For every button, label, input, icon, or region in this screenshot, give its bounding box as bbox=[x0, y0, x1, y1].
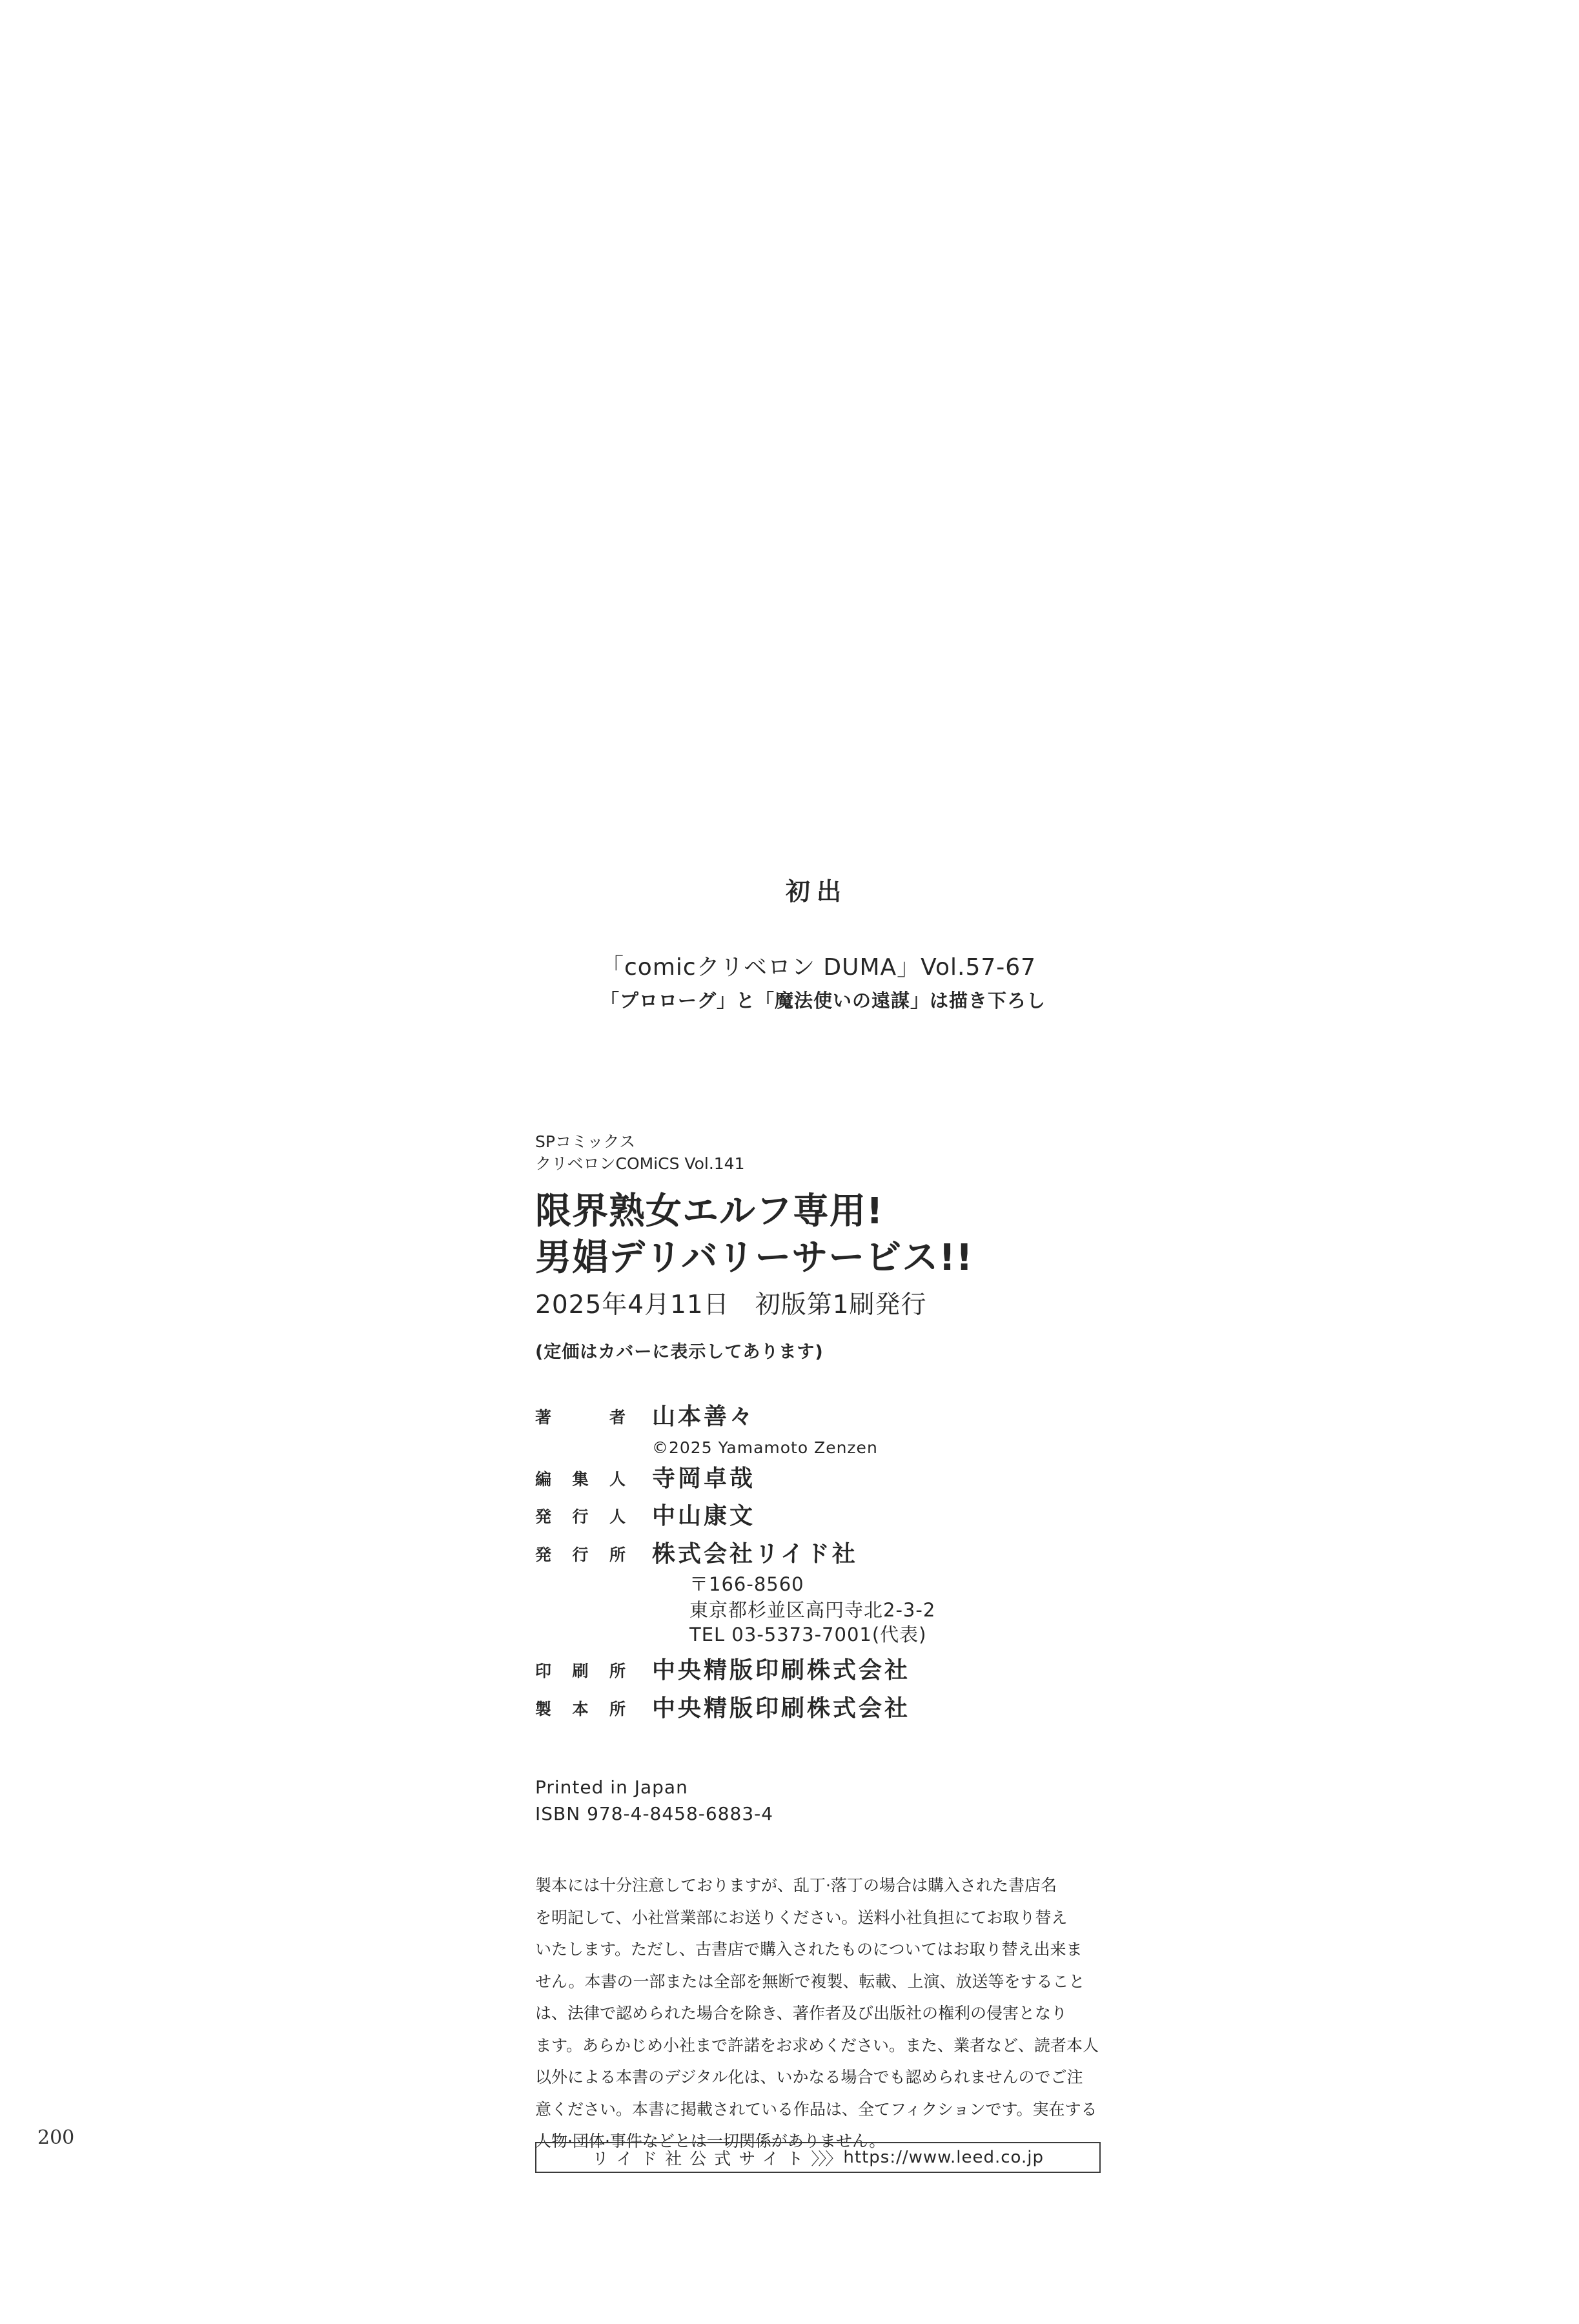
label-char: 人 bbox=[609, 1504, 626, 1527]
credit-label-binder: 製 本 所 bbox=[535, 1697, 626, 1720]
label-char: 印 bbox=[535, 1658, 551, 1682]
credit-label-publisher-person: 発 行 人 bbox=[535, 1504, 626, 1527]
official-site-label: リイド社公式サイト bbox=[592, 2146, 811, 2170]
credit-label-printer: 印 刷 所 bbox=[535, 1658, 626, 1682]
publisher-address: 東京都杉並区高円寺北2-3-2 bbox=[689, 1596, 935, 1622]
publish-date: 2025年4月11日 初版第1刷発行 bbox=[535, 1289, 927, 1322]
series-imprint: クリベロンCOMiCS Vol.141 bbox=[535, 1153, 745, 1175]
first-publication-source: 「comicクリベロン DUMA」Vol.57-67 bbox=[600, 949, 1036, 982]
label-char: 所 bbox=[609, 1658, 626, 1682]
label-char: 編 bbox=[535, 1467, 551, 1490]
printed-in: Printed in Japan bbox=[535, 1777, 688, 1798]
credit-label-author: 著 者 bbox=[535, 1405, 626, 1428]
notice-line: 以外による本書のデジタル化は、いかなる場合でも認められませんのでご注 bbox=[535, 2061, 1116, 2094]
credit-value-binder: 中央精版印刷株式会社 bbox=[652, 1690, 910, 1723]
label-char: 人 bbox=[609, 1467, 626, 1490]
label-char: 所 bbox=[609, 1697, 626, 1720]
label-char: 著 bbox=[535, 1405, 551, 1428]
price-note: (定価はカバーに表示してあります) bbox=[535, 1338, 824, 1363]
notice-line: せん。本書の一部または全部を無断で複製、転載、上演、放送等をすること bbox=[535, 1966, 1116, 1998]
label-char: 本 bbox=[572, 1697, 588, 1720]
credit-label-editor: 編 集 人 bbox=[535, 1467, 626, 1490]
official-site-url: https://www.leed.co.jp bbox=[843, 2148, 1044, 2167]
book-title-line-2: 男娼デリバリーサービス!! bbox=[535, 1236, 973, 1281]
first-publication-heading: 初出 bbox=[742, 871, 891, 907]
isbn: ISBN 978-4-8458-6883-4 bbox=[535, 1803, 773, 1824]
label-char: 者 bbox=[609, 1405, 626, 1428]
official-site-box: リイド社公式サイト 〉〉〉 https://www.leed.co.jp bbox=[535, 2142, 1101, 2173]
chevrons-right-icon: 〉〉〉 bbox=[811, 2146, 840, 2170]
notice-line: 製本には十分注意しておりますが、乱丁·落丁の場合は購入された書店名 bbox=[535, 1870, 1116, 1902]
label-char: 発 bbox=[535, 1504, 551, 1527]
label-char: 所 bbox=[609, 1542, 626, 1565]
publisher-tel: TEL 03-5373-7001(代表) bbox=[689, 1620, 926, 1647]
notice-line: を明記して、小社営業部にお送りください。送料小社負担にてお取り替え bbox=[535, 1902, 1116, 1934]
series-label: SPコミックス bbox=[535, 1131, 635, 1153]
credit-label-publisher: 発 行 所 bbox=[535, 1542, 626, 1565]
credit-value-printer: 中央精版印刷株式会社 bbox=[652, 1652, 910, 1685]
page-number: 200 bbox=[37, 2126, 74, 2149]
notice-line: いたします。ただし、古書店で購入されたものについてはお取り替え出来ま bbox=[535, 1933, 1116, 1966]
label-char: 発 bbox=[535, 1542, 551, 1565]
notice-line: ます。あらかじめ小社まで許諾をお求めください。また、業者など、読者本人 bbox=[535, 2030, 1116, 2062]
credit-value-editor: 寺岡卓哉 bbox=[652, 1460, 755, 1493]
copyright-notice: ©2025 Yamamoto Zenzen bbox=[652, 1438, 878, 1457]
label-char: 製 bbox=[535, 1697, 551, 1720]
label-char: 集 bbox=[572, 1467, 588, 1490]
label-char: 行 bbox=[572, 1504, 588, 1527]
credit-value-publisher: 株式会社リイド社 bbox=[652, 1536, 858, 1569]
label-char: 行 bbox=[572, 1542, 588, 1565]
credit-value-publisher-person: 中山康文 bbox=[652, 1498, 755, 1531]
postal-code: 〒166-8560 bbox=[689, 1570, 804, 1596]
credit-value-author: 山本善々 bbox=[652, 1398, 755, 1431]
notice-line: は、法律で認められた場合を除き、著作者及び出版社の権利の侵害となり bbox=[535, 1997, 1116, 2030]
label-char: 刷 bbox=[572, 1658, 588, 1682]
legal-notice: 製本には十分注意しておりますが、乱丁·落丁の場合は購入された書店名 を明記して、… bbox=[535, 1870, 1116, 2157]
book-title-line-1: 限界熟女エルフ専用! bbox=[535, 1189, 884, 1234]
notice-line: 意ください。本書に掲載されている作品は、全てフィクションです。実在する bbox=[535, 2094, 1116, 2126]
first-publication-note: 「プロローグ」と「魔法使いの遠謀」は描き下ろし bbox=[600, 986, 1046, 1013]
